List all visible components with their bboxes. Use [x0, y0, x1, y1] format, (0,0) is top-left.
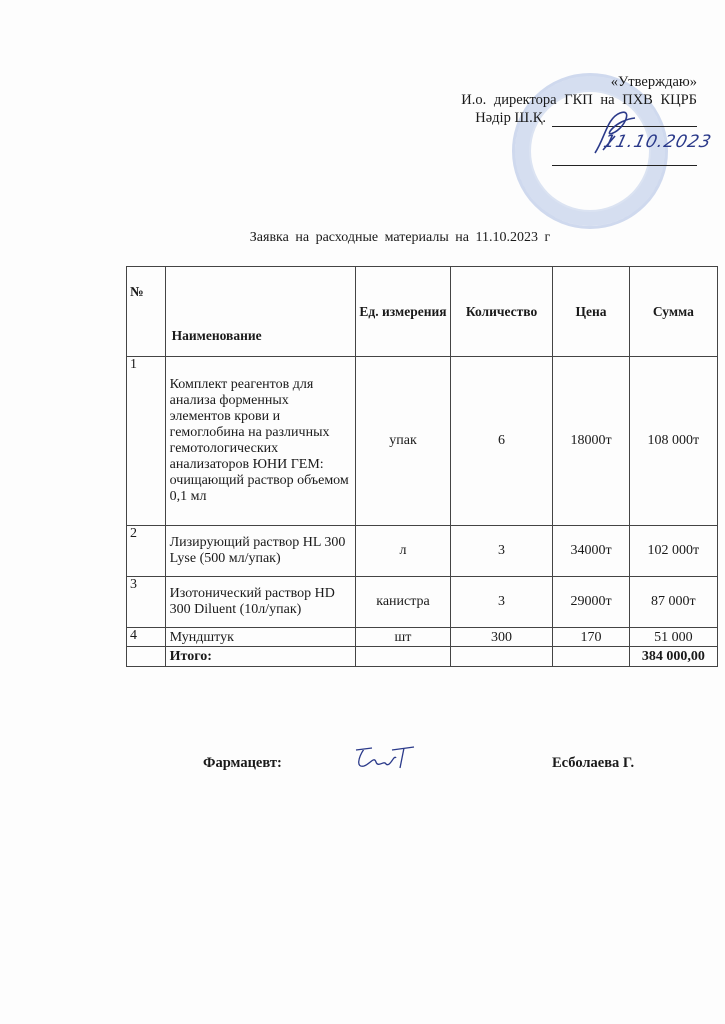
- total-value: 384 000,00: [629, 647, 717, 667]
- table-row: 2 Лизирующий раствор HL 300 Lyse (500 мл…: [127, 526, 718, 577]
- row-sum: 51 000: [629, 628, 717, 647]
- row-sum: 102 000т: [629, 526, 717, 577]
- row-qty: 3: [450, 577, 553, 628]
- row-name: Изотонический раствор HD 300 Diluent (10…: [165, 577, 356, 628]
- row-sum: 108 000т: [629, 357, 717, 526]
- total-empty-cell: [127, 647, 166, 667]
- materials-table: № Наименование Ед. измерения Количество …: [126, 266, 718, 667]
- row-num: 1: [127, 357, 166, 526]
- row-qty: 3: [450, 526, 553, 577]
- header-sum: Сумма: [629, 267, 717, 357]
- row-qty: 300: [450, 628, 553, 647]
- row-price: 34000т: [553, 526, 629, 577]
- header-qty: Количество: [450, 267, 553, 357]
- row-price: 170: [553, 628, 629, 647]
- approver-name: Нәдір Ш.Қ.: [475, 110, 546, 126]
- document-title: Заявка на расходные материалы на 11.10.2…: [0, 230, 725, 246]
- total-row: Итого: 384 000,00: [127, 647, 718, 667]
- approval-heading: «Утверждаю»: [461, 73, 697, 91]
- row-name: Комплект реагентов для анализа форменных…: [165, 357, 356, 526]
- header-name: Наименование: [165, 267, 356, 357]
- table-row: 1 Комплект реагентов для анализа форменн…: [127, 357, 718, 526]
- header-num: №: [127, 267, 166, 357]
- handwritten-date: 11.10.2023: [601, 132, 713, 152]
- row-num: 3: [127, 577, 166, 628]
- row-unit: упак: [356, 357, 451, 526]
- header-unit: Ед. измерения: [356, 267, 451, 357]
- total-empty-cell: [450, 647, 553, 667]
- row-unit: шт: [356, 628, 451, 647]
- row-qty: 6: [450, 357, 553, 526]
- header-price: Цена: [553, 267, 629, 357]
- table-row: 4 Мундштук шт 300 170 51 000: [127, 628, 718, 647]
- row-unit: л: [356, 526, 451, 577]
- pharmacist-signature: [350, 744, 422, 774]
- approver-name-line: Нәдір Ш.Қ.: [461, 109, 697, 127]
- pharmacist-label: Фармацевт:: [203, 755, 282, 772]
- row-price: 18000т: [553, 357, 629, 526]
- table-row: 3 Изотонический раствор HD 300 Diluent (…: [127, 577, 718, 628]
- total-empty-cell: [356, 647, 451, 667]
- pharmacist-name: Есболаева Г.: [552, 755, 634, 772]
- approval-block: «Утверждаю» И.о. директора ГКП на ПХВ КЦ…: [461, 73, 697, 127]
- row-price: 29000т: [553, 577, 629, 628]
- row-sum: 87 000т: [629, 577, 717, 628]
- total-empty-cell: [553, 647, 629, 667]
- row-num: 2: [127, 526, 166, 577]
- row-unit: канистра: [356, 577, 451, 628]
- total-label: Итого:: [165, 647, 356, 667]
- row-name: Лизирующий раствор HL 300 Lyse (500 мл/у…: [165, 526, 356, 577]
- row-name: Мундштук: [165, 628, 356, 647]
- table-header-row: № Наименование Ед. измерения Количество …: [127, 267, 718, 357]
- approver-position: И.о. директора ГКП на ПХВ КЦРБ: [461, 91, 697, 109]
- row-num: 4: [127, 628, 166, 647]
